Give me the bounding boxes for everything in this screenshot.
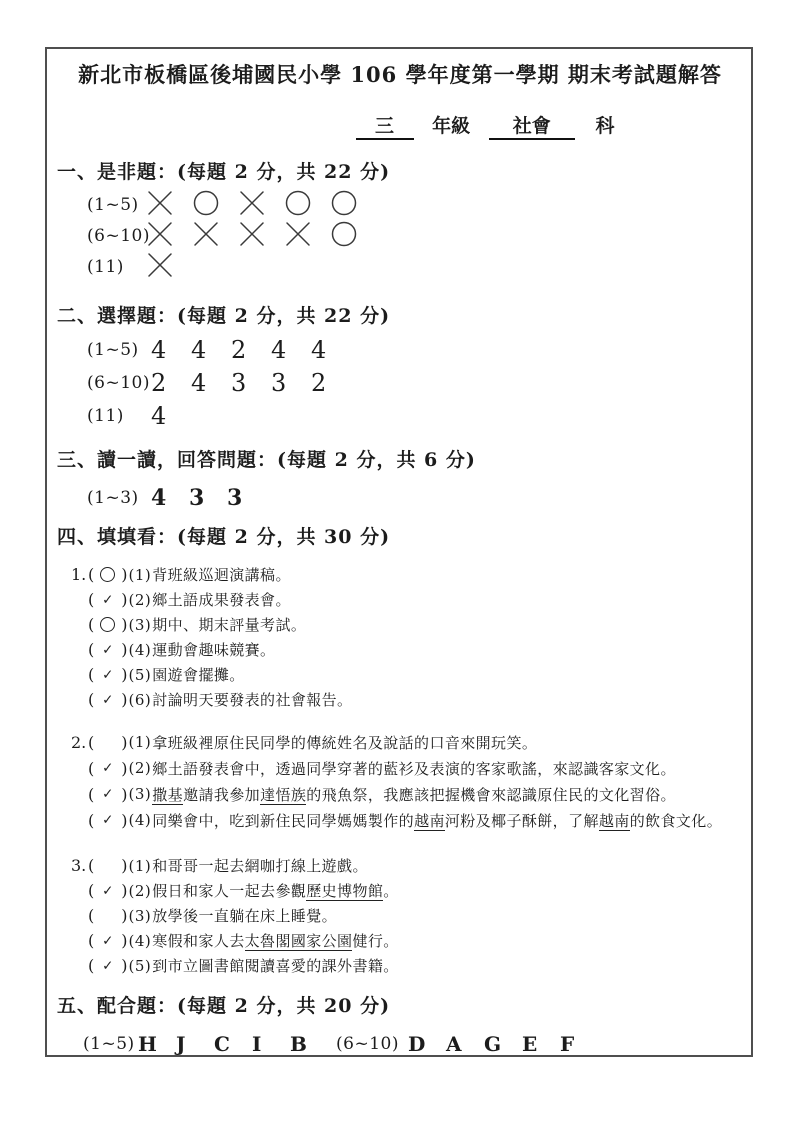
check-glyph: ✓	[102, 812, 113, 828]
close-paren: )	[121, 811, 127, 830]
text-segment: 假日和家人一起去參觀	[152, 882, 306, 900]
check-glyph: ✓	[102, 933, 113, 949]
open-paren: (	[88, 856, 94, 875]
answer-value: 4	[151, 402, 191, 430]
subject-blank: 社會	[489, 114, 575, 140]
checklist-item: (✓)(4)寒假和家人去太魯閣國家公園健行。	[71, 928, 743, 953]
circle-icon	[191, 188, 221, 218]
multiple-choice-row: (6~10)24332	[57, 366, 743, 399]
answer-value: 4	[311, 336, 351, 364]
check-mark-icon: ✓	[94, 883, 121, 899]
item-number-label: (1)	[129, 857, 152, 875]
text-segment: 和哥哥一起去網咖打線上遊戲。	[152, 857, 368, 875]
answer-value: 4	[151, 336, 191, 364]
item-number-label: (5)	[129, 957, 152, 975]
checklist-group: 3.()(1)和哥哥一起去網咖打線上遊戲。(✓)(2)假日和家人一起去參觀歷史博…	[57, 853, 743, 978]
close-paren: )	[121, 733, 127, 752]
text-segment: 寒假和家人去	[152, 932, 244, 950]
true-false-row: (11)	[57, 251, 743, 282]
text-segment: 園遊會擺攤。	[152, 666, 244, 684]
check-mark-icon: ✓	[94, 786, 121, 802]
answer-symbols	[145, 188, 375, 222]
section-5-heading: 五、配合題：(每題 2 分，共 20 分)	[57, 994, 743, 1019]
checklist-item: 2.()(1)拿班級裡原住民同學的傳統姓名及說話的口音來開玩笑。	[71, 729, 743, 755]
answer-sheet: 新北市板橋區後埔國民小學 106 學年度第一學期 期末考試題解答 三 年級 社會…	[45, 47, 753, 1057]
section-3-heading: 三、讀一讀，回答問題：(每題 2 分，共 6 分)	[57, 448, 743, 473]
checklist-item: (✓)(4)同樂會中，吃到新住民同學媽媽製作的越南河粉及椰子酥餅，了解越南的飲食…	[71, 807, 743, 833]
question-range-label: (1~3)	[87, 488, 151, 508]
reading-answer-row: (1~3)433	[57, 483, 743, 513]
reading-rows: (1~3)433	[57, 483, 743, 513]
text-segment: 放學後一直躺在床上睡覺。	[152, 907, 337, 925]
close-paren: )	[121, 881, 127, 900]
answer-letter: H	[138, 1032, 176, 1056]
cross-icon	[145, 188, 175, 218]
circle-mark-icon	[94, 567, 121, 582]
check-glyph: ✓	[102, 883, 113, 899]
answer-letter: G	[484, 1032, 522, 1056]
answer-value: 3	[189, 484, 227, 512]
true-false-rows: (1~5)(6~10)(11)	[57, 189, 743, 282]
cross-icon	[145, 250, 175, 280]
item-number-label: (2)	[129, 759, 152, 777]
checklist-item: 3.()(1)和哥哥一起去網咖打線上遊戲。	[71, 853, 743, 878]
item-number-label: (1)	[129, 733, 152, 751]
item-text: 討論明天要發表的社會報告。	[152, 689, 352, 710]
true-false-row: (1~5)	[57, 189, 743, 220]
circle-mark-icon	[94, 617, 121, 632]
check-glyph: ✓	[102, 958, 113, 974]
grade-blank: 三	[356, 114, 414, 140]
item-text: 寒假和家人去太魯閣國家公園健行。	[152, 930, 398, 951]
check-glyph: ✓	[102, 786, 113, 802]
text-segment: 到市立圖書館閱讀喜愛的課外書籍。	[152, 957, 398, 975]
text-segment: 背班級巡迴演講稿。	[152, 566, 291, 584]
text-segment: 健行。	[352, 932, 398, 950]
open-paren: (	[88, 733, 94, 752]
item-number-label: (6)	[129, 691, 152, 709]
answer-letter: F	[560, 1032, 598, 1056]
text-segment: 。	[383, 882, 398, 900]
item-text: 園遊會擺攤。	[152, 664, 244, 685]
true-false-row: (6~10)	[57, 220, 743, 251]
answer-letter: B	[290, 1032, 328, 1056]
check-mark-icon: ✓	[94, 958, 121, 974]
circle-icon	[283, 188, 313, 218]
check-mark-icon: ✓	[94, 812, 121, 828]
item-number-label: (2)	[129, 591, 152, 609]
answer-letter: E	[522, 1032, 560, 1056]
close-paren: )	[121, 856, 127, 875]
multiple-choice-rows: (1~5)44244(6~10)24332(11)4	[57, 333, 743, 432]
text-segment: 河粉及椰子酥餅，了解	[445, 812, 599, 830]
answer-value: 4	[191, 369, 231, 397]
checklist-item: (✓)(2)假日和家人一起去參觀歷史博物館。	[71, 878, 743, 903]
item-number-label: (1)	[129, 566, 152, 584]
grade-subject-line: 三 年級 社會 科	[356, 113, 615, 140]
cross-icon	[283, 219, 313, 249]
text-segment: 的飲食文化。	[630, 812, 722, 830]
multiple-choice-row: (11)4	[57, 399, 743, 432]
subject-label: 科	[595, 115, 614, 137]
underlined-term: 越南	[599, 812, 630, 831]
underlined-term: 撒基	[152, 786, 183, 805]
check-mark-icon: ✓	[94, 667, 121, 683]
answer-letter: I	[252, 1032, 290, 1056]
text-segment: 拿班級裡原住民同學的傳統姓名及說話的口音來開玩笑。	[152, 734, 537, 752]
check-mark-icon: ✓	[94, 642, 121, 658]
close-paren: )	[121, 665, 127, 684]
item-text: 拿班級裡原住民同學的傳統姓名及說話的口音來開玩笑。	[152, 732, 537, 753]
item-text: 到市立圖書館閱讀喜愛的課外書籍。	[152, 955, 398, 976]
check-mark-icon: ✓	[94, 592, 121, 608]
close-paren: )	[121, 690, 127, 709]
item-number-label: (4)	[129, 932, 152, 950]
item-number-label: (2)	[129, 882, 152, 900]
answer-value: 2	[311, 369, 351, 397]
question-range-label: (6~10)	[87, 226, 145, 246]
check-glyph: ✓	[102, 592, 113, 608]
close-paren: )	[121, 640, 127, 659]
answer-value: 4	[191, 336, 231, 364]
answer-letter: D	[408, 1032, 446, 1056]
cross-icon	[145, 219, 175, 249]
section-4-heading: 四、填填看：(每題 2 分，共 30 分)	[57, 525, 743, 550]
circle-shape	[100, 567, 115, 582]
answer-value: 3	[231, 369, 271, 397]
answer-value: 3	[227, 484, 265, 512]
checklist-item: (✓)(2)鄉土語成果發表會。	[71, 587, 743, 612]
question-range-label: (6~10)	[336, 1034, 398, 1054]
section-1-heading: 一、是非題：(每題 2 分，共 22 分)	[57, 160, 743, 185]
group-number: 2.	[71, 733, 88, 752]
item-text: 背班級巡迴演講稿。	[152, 564, 291, 585]
matching-row: (1~5)HJCIB(6~10)DAGEF	[57, 1029, 743, 1059]
check-glyph: ✓	[102, 760, 113, 776]
item-number-label: (3)	[129, 785, 152, 803]
close-paren: )	[121, 759, 127, 778]
question-range-label: (11)	[87, 257, 145, 277]
item-text: 同樂會中，吃到新住民同學媽媽製作的越南河粉及椰子酥餅，了解越南的飲食文化。	[152, 810, 722, 831]
cross-icon	[237, 219, 267, 249]
section-2-heading: 二、選擇題：(每題 2 分，共 22 分)	[57, 304, 743, 329]
item-text: 假日和家人一起去參觀歷史博物館。	[152, 880, 398, 901]
underlined-term: 達悟族	[260, 786, 306, 805]
circle-shape	[100, 617, 115, 632]
item-text: 和哥哥一起去網咖打線上遊戲。	[152, 855, 368, 876]
circle-icon	[329, 219, 359, 249]
check-glyph: ✓	[102, 667, 113, 683]
close-paren: )	[121, 785, 127, 804]
text-segment: 鄉土語成果發表會。	[152, 591, 291, 609]
text-segment: 期中、期末評量考試。	[152, 616, 306, 634]
underlined-term: 越南	[414, 812, 445, 831]
checklist-item: ()(3)放學後一直躺在床上睡覺。	[71, 903, 743, 928]
check-glyph: ✓	[102, 692, 113, 708]
question-range-label: (11)	[87, 406, 151, 426]
text-segment: 討論明天要發表的社會報告。	[152, 691, 352, 709]
answer-symbols	[145, 219, 375, 253]
item-text: 鄉土語發表會中，透過同學穿著的藍衫及表演的客家歌謠，來認識客家文化。	[152, 758, 676, 779]
checklist-item: (✓)(6)討論明天要發表的社會報告。	[71, 687, 743, 712]
cross-icon	[237, 188, 267, 218]
item-text: 撒基邀請我參加達悟族的飛魚祭，我應該把握機會來認識原住民的文化習俗。	[152, 784, 676, 805]
close-paren: )	[121, 931, 127, 950]
checklist-item: (✓)(5)園遊會擺攤。	[71, 662, 743, 687]
text-segment: 運動會趣味競賽。	[152, 641, 275, 659]
answer-value: 3	[271, 369, 311, 397]
checklist-group: 1.()(1)背班級巡迴演講稿。(✓)(2)鄉土語成果發表會。()(3)期中、期…	[57, 562, 743, 712]
item-text: 鄉土語成果發表會。	[152, 589, 291, 610]
item-text: 期中、期末評量考試。	[152, 614, 306, 635]
answer-letter: C	[214, 1032, 252, 1056]
checklist-group: 2.()(1)拿班級裡原住民同學的傳統姓名及說話的口音來開玩笑。(✓)(2)鄉土…	[57, 729, 743, 833]
check-mark-icon: ✓	[94, 692, 121, 708]
question-range-label: (1~5)	[87, 195, 145, 215]
group-number: 3.	[71, 856, 88, 875]
question-range-label: (6~10)	[87, 373, 151, 393]
underlined-term: 歷史博物館	[306, 882, 383, 901]
answer-value: 4	[271, 336, 311, 364]
checklist-groups: 1.()(1)背班級巡迴演講稿。(✓)(2)鄉土語成果發表會。()(3)期中、期…	[57, 562, 743, 978]
cross-icon	[191, 219, 221, 249]
check-glyph: ✓	[102, 642, 113, 658]
check-mark-icon: ✓	[94, 933, 121, 949]
check-mark-icon: ✓	[94, 760, 121, 776]
item-text: 運動會趣味競賽。	[152, 639, 275, 660]
group-number: 1.	[71, 565, 88, 584]
checklist-item: (✓)(4)運動會趣味競賽。	[71, 637, 743, 662]
close-paren: )	[121, 615, 127, 634]
page-title: 新北市板橋區後埔國民小學 106 學年度第一學期 期末考試題解答	[57, 61, 743, 89]
multiple-choice-row: (1~5)44244	[57, 333, 743, 366]
item-number-label: (3)	[129, 907, 152, 925]
answer-symbols	[145, 250, 191, 284]
close-paren: )	[121, 956, 127, 975]
checklist-item: (✓)(2)鄉土語發表會中，透過同學穿著的藍衫及表演的客家歌謠，來認識客家文化。	[71, 755, 743, 781]
answer-letter: A	[446, 1032, 484, 1056]
checklist-item: ()(3)期中、期末評量考試。	[71, 612, 743, 637]
grade-label: 年級	[432, 115, 470, 137]
item-number-label: (5)	[129, 666, 152, 684]
answer-value: 2	[151, 369, 191, 397]
checklist-item: 1.()(1)背班級巡迴演講稿。	[71, 562, 743, 587]
close-paren: )	[121, 906, 127, 925]
underlined-term: 太魯閣國家公園	[245, 932, 353, 951]
question-range-label: (1~5)	[87, 340, 151, 360]
text-segment: 鄉土語發表會中，透過同學穿著的藍衫及表演的客家歌謠，來認識客家文化。	[152, 760, 676, 778]
item-number-label: (4)	[129, 811, 152, 829]
item-number-label: (4)	[129, 641, 152, 659]
circle-icon	[329, 188, 359, 218]
answer-value: 2	[231, 336, 271, 364]
close-paren: )	[121, 565, 127, 584]
item-number-label: (3)	[129, 616, 152, 634]
checklist-item: (✓)(3)撒基邀請我參加達悟族的飛魚祭，我應該把握機會來認識原住民的文化習俗。	[71, 781, 743, 807]
text-segment: 邀請我參加	[183, 786, 260, 804]
answer-value: 4	[151, 484, 189, 512]
open-paren: (	[88, 906, 94, 925]
checklist-item: (✓)(5)到市立圖書館閱讀喜愛的課外書籍。	[71, 953, 743, 978]
question-range-label: (1~5)	[83, 1034, 138, 1054]
text-segment: 同樂會中，吃到新住民同學媽媽製作的	[152, 812, 414, 830]
item-text: 放學後一直躺在床上睡覺。	[152, 905, 337, 926]
answer-letter: J	[176, 1032, 214, 1056]
text-segment: 的飛魚祭，我應該把握機會來認識原住民的文化習俗。	[306, 786, 676, 804]
close-paren: )	[121, 590, 127, 609]
